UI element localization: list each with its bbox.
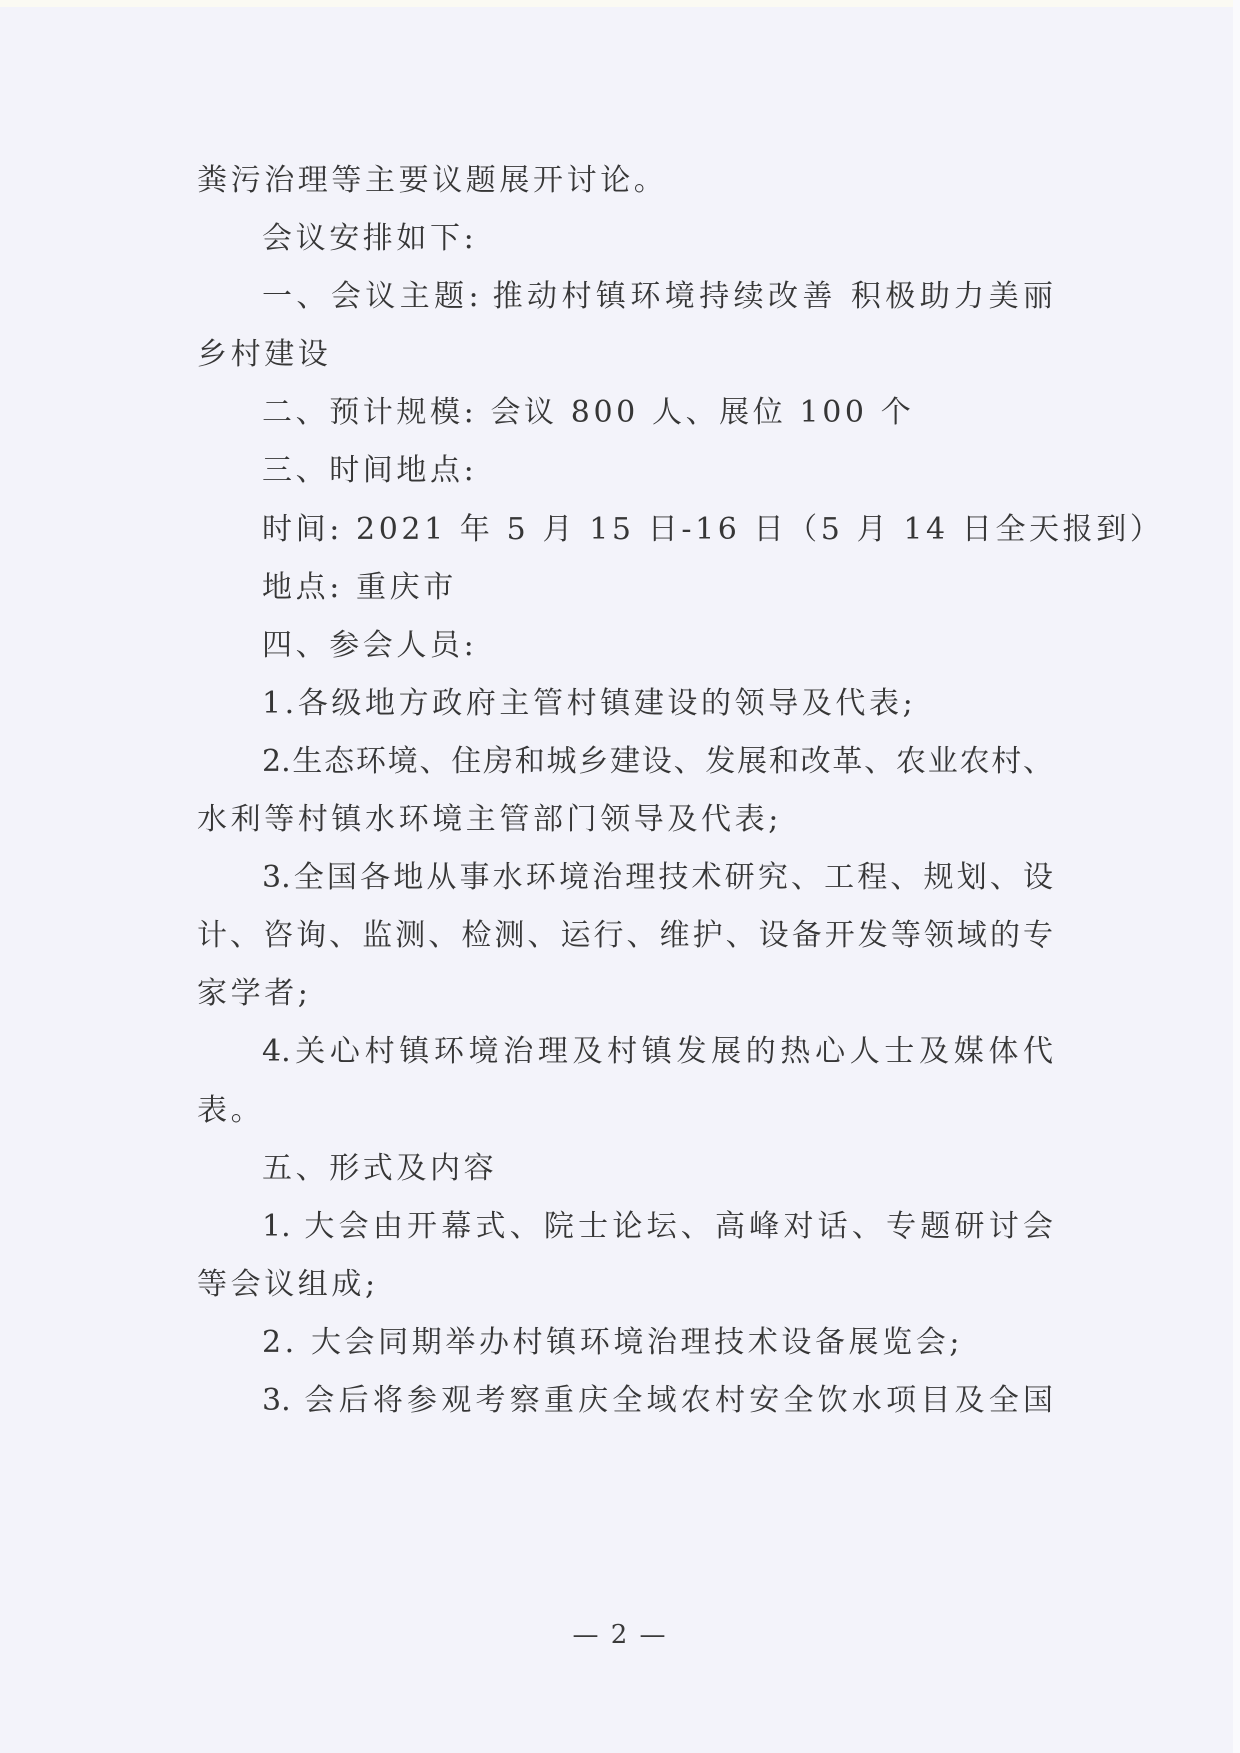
- text-line: 2. 大会同期举办村镇环境治理技术设备展览会;: [197, 1314, 1053, 1372]
- text-line: 水利等村镇水环境主管部门领导及代表;: [197, 791, 1053, 849]
- text-line: 会议安排如下:: [197, 210, 1053, 268]
- text-line: 一、会议主题: 推动村镇环境持续改善 积极助力美丽: [197, 268, 1053, 326]
- text-line: 2.生态环境、住房和城乡建设、发展和改革、农业农村、: [197, 733, 1053, 791]
- text-line: 4.关心村镇环境治理及村镇发展的热心人士及媒体代: [197, 1023, 1053, 1081]
- text-line: 粪污治理等主要议题展开讨论。: [197, 152, 1053, 210]
- text-line: 乡村建设: [197, 326, 1053, 384]
- text-line: 二、预计规模: 会议 800 人、展位 100 个: [197, 384, 1053, 442]
- scan-top-edge: [0, 0, 1240, 7]
- text-line: 1. 大会由开幕式、院士论坛、高峰对话、专题研讨会: [197, 1198, 1053, 1256]
- text-line: 计、咨询、监测、检测、运行、维护、设备开发等领域的专: [197, 907, 1053, 965]
- text-line: 3.全国各地从事水环境治理技术研究、工程、规划、设: [197, 849, 1053, 907]
- text-line: 3. 会后将参观考察重庆全域农村安全饮水项目及全国: [197, 1372, 1053, 1430]
- document-page: 粪污治理等主要议题展开讨论。 会议安排如下: 一、会议主题: 推动村镇环境持续改…: [0, 0, 1240, 1753]
- text-line: 表。: [197, 1082, 1053, 1140]
- text-line: 家学者;: [197, 965, 1053, 1023]
- text-line: 等会议组成;: [197, 1256, 1053, 1314]
- page-number: — 2 —: [0, 1620, 1240, 1650]
- text-line: 时间: 2021 年 5 月 15 日-16 日（5 月 14 日全天报到）: [197, 501, 1053, 559]
- text-line: 三、时间地点:: [197, 442, 1053, 500]
- text-line: 五、形式及内容: [197, 1140, 1053, 1198]
- scan-right-edge: [1233, 0, 1240, 1753]
- text-line: 1.各级地方政府主管村镇建设的领导及代表;: [197, 675, 1053, 733]
- text-line: 四、参会人员:: [197, 617, 1053, 675]
- document-body: 粪污治理等主要议题展开讨论。 会议安排如下: 一、会议主题: 推动村镇环境持续改…: [197, 152, 1053, 1430]
- text-line: 地点: 重庆市: [197, 559, 1053, 617]
